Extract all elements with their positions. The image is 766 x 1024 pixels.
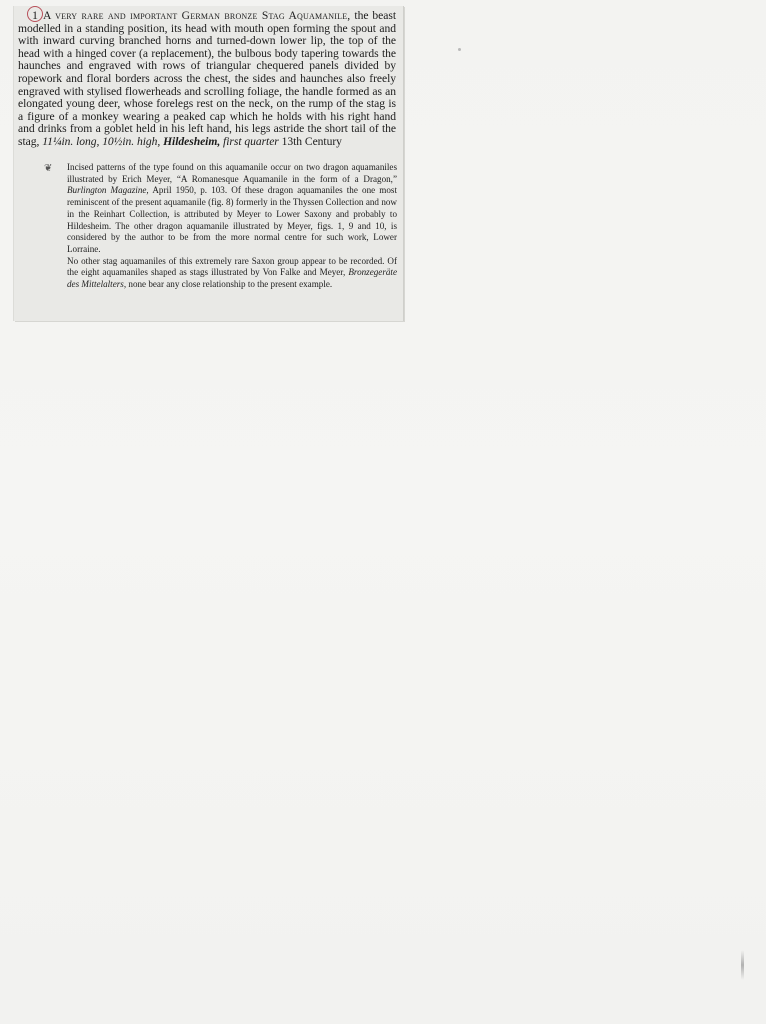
catalogue-clipping: 1A very rare and important German bronze… — [14, 6, 404, 321]
circled-mark-icon — [27, 6, 43, 22]
footnote-paragraph-1: Incised patterns of the type found on th… — [67, 162, 397, 256]
lot-date-prefix: first quarter — [223, 135, 279, 148]
lot-heading: A very rare and important German bronze … — [43, 9, 350, 22]
lot-entry: 1A very rare and important German bronze… — [18, 9, 396, 149]
lot-footnote: Incised patterns of the type found on th… — [67, 162, 397, 291]
paper-speck — [458, 48, 461, 51]
lot-dimensions: 11¼in. long, 10½in. high, — [42, 135, 160, 148]
paper-smudge — [741, 950, 744, 980]
fleuron-icon: ❦ — [44, 163, 52, 174]
lot-description: the beast modelled in a standing positio… — [18, 9, 396, 148]
lot-provenance: Hildesheim, — [163, 135, 220, 148]
lot-date: 13th Century — [282, 135, 342, 148]
journal-title: Burlington Magazine, — [67, 185, 149, 195]
lot-number: 1 — [32, 9, 38, 22]
footnote-paragraph-2: No other stag aquamaniles of this extrem… — [67, 256, 397, 291]
